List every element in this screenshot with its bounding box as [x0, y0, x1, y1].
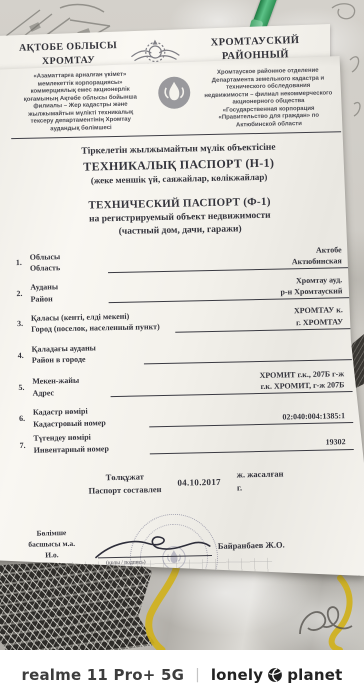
field-number: 2.	[16, 288, 30, 297]
signature-caption: (қолы / подпись)	[106, 559, 146, 566]
field-number: 4.	[18, 351, 32, 360]
lonely-planet-word1: lonely	[211, 666, 263, 684]
field-label: Түгендеу нөмірі Инвентарный номер	[33, 431, 149, 457]
field-value-ru: 02:040:004:1385:1	[282, 411, 345, 423]
signature-line	[97, 523, 212, 558]
passport-composed-row: Төлқұжат Паспорт составлен 04.10.2017 ж.…	[88, 465, 364, 497]
field-row-oblast: 1. Облысы Область Актобе Актюбинская	[0, 243, 364, 275]
field-label-ru: Инвентарный номер	[34, 442, 150, 456]
photo-scene: АҚТОБЕ ОБЛЫСЫ ХРОМТАУ АУДАНДЫҚ ХРОМТАУСК…	[0, 0, 364, 699]
field-underline: 02:040:004:1385:1	[149, 410, 353, 427]
composed-suffix-ru: г.	[237, 480, 284, 494]
field-label: Облысы Область	[30, 250, 108, 275]
lonely-planet-logo: lonely planet	[211, 666, 343, 684]
field-number: 7.	[20, 440, 34, 449]
field-label: Мекен-жайы Адрес	[32, 374, 110, 399]
device-watermark: realme 11 Pro+ 5G	[22, 666, 185, 684]
field-number: 1.	[16, 258, 30, 267]
gov-corporation-emblem-icon	[154, 72, 195, 113]
field-label: Кадастр нөмірі Кадастровый номер	[33, 405, 149, 431]
composed-date: 04.10.2017	[177, 477, 221, 488]
signer-name: Байранбаев Ж.О.	[218, 540, 285, 551]
document-title: Тіркелетін жылжымайтын мүлік объектісіне…	[0, 140, 364, 242]
field-label-ru: Район в городе	[32, 353, 144, 367]
field-row-kadastr: 6. Кадастр нөмірі Кадастровый номер 02:0…	[0, 400, 364, 431]
lonely-planet-word2: planet	[287, 666, 342, 684]
field-value-ru: г.к. ХРОМИТ, г-ж 207Б	[260, 379, 344, 392]
field-row-adres: 5. Мекен-жайы Адрес ХРОМИТ г.к., 207Б г-…	[0, 368, 364, 400]
field-label-ru: Область	[30, 262, 108, 275]
field-number: 6.	[19, 414, 33, 423]
field-underline: ХРОМТАУ к. г. ХРОМТАУ	[175, 304, 351, 332]
field-label-ru: Кадастровый номер	[33, 416, 149, 430]
composed-suffix-kk: ж. жасалған	[237, 467, 284, 481]
field-value-ru: 19302	[326, 437, 346, 449]
field-row-inventar: 7. Түгендеу нөмірі Инвентарный номер 193…	[0, 426, 364, 457]
field-underline: ХРОМИТ г.к., 207Б г-ж г.к. ХРОМИТ, г-ж 2…	[110, 368, 352, 397]
govcorp-text-kk: «Азаматтарға арналған үкімет» мемлекетті…	[16, 71, 145, 134]
field-row-gorod: 3. Қаласы (кенті, елді мекені) Город (по…	[0, 304, 364, 336]
form-fields: 1. Облысы Область Актобе Актюбинская 2.	[0, 243, 364, 457]
composed-label: Төлқұжат Паспорт составлен	[88, 470, 161, 498]
field-value-kk: Актобе	[316, 244, 342, 256]
field-value-ru: р-н Хромтауский	[280, 285, 342, 297]
field-value-ru: Актюбинская	[292, 255, 342, 267]
composed-label-ru: Паспорт составлен	[88, 483, 161, 498]
role-line: руководителя	[12, 560, 92, 573]
field-label-ru: Город (поселок, населенный пункт)	[31, 321, 175, 336]
field-label-ru: Адрес	[32, 386, 110, 399]
field-label-ru: Район	[30, 292, 108, 305]
field-underline: 19302	[150, 437, 354, 454]
lonely-planet-globe-icon	[267, 667, 283, 683]
field-underline: Хромтау ауд. р-н Хромтауский	[108, 274, 350, 303]
watermark-separator: |	[195, 667, 200, 683]
field-row-raion-v-gorode: 4. Қаладағы ауданы Район в городе	[0, 336, 364, 367]
field-number: 3.	[17, 319, 31, 328]
govcorp-text-ru: Хромтауское районное отделение Департаме…	[204, 67, 333, 130]
field-label: Ауданы Район	[30, 280, 108, 305]
gov-corporation-letterhead: «Азаматтарға арналған үкімет» мемлекетті…	[0, 67, 364, 135]
technical-passport-paper: «Азаматтарға арналған үкімет» мемлекетті…	[0, 52, 364, 576]
field-label: Қаладағы ауданы Район в городе	[31, 341, 143, 367]
field-underline	[144, 347, 352, 364]
watermark-bar: realme 11 Pro+ 5G | lonely planet	[0, 650, 364, 699]
field-value-ru: г. ХРОМТАУ	[296, 316, 343, 328]
technical-passport-document: «Азаматтарға арналған үкімет» мемлекетті…	[0, 52, 364, 576]
field-label: Қаласы (кенті, елді мекені) Город (посел…	[31, 309, 175, 335]
field-underline: Актобе Актюбинская	[108, 244, 350, 273]
field-row-raion: 2. Ауданы Район Хромтау ауд. р-н Хромтау…	[0, 274, 364, 306]
composed-suffix: ж. жасалған г.	[237, 467, 284, 494]
signer-role-label: Бөлімше басшысы м.а. И.о. руководителя о…	[11, 528, 92, 584]
field-number: 5.	[18, 382, 32, 391]
